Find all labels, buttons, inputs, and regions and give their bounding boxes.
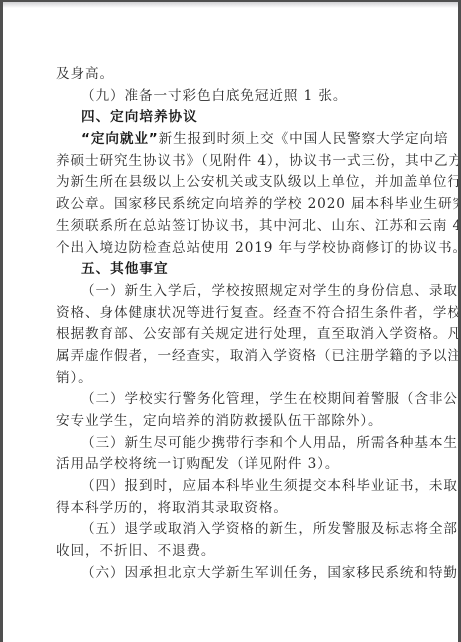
- bold-term: “定向就业”: [81, 131, 159, 147]
- item-1-start: （一）新生入学后，学校按照规定对学生的身份信息、录取: [56, 281, 400, 303]
- scan-shadow: [3, 2, 458, 8]
- document-body: 及身高。 （九）准备一寸彩色白底免冠近照 1 张。 四、定向培养协议 “定向就业…: [56, 64, 400, 585]
- text-line: 政公章。国家移民系统定向培养的学校 2020 届本科毕业生研究: [56, 194, 400, 216]
- text-line: 资格、身体健康状况等进行复查。经查不符合招生条件者，学校: [56, 303, 400, 325]
- text-line: 安专业学生，定向培养的消防救援队伍干部除外）。: [56, 411, 400, 433]
- paragraph-agreement-start: “定向就业”新生报到时须上交《中国人民警察大学定向培: [56, 129, 400, 151]
- text-line: 生须联系所在总站签订协议书，其中河北、山东、江苏和云南 4: [56, 216, 400, 238]
- text-span: 新生报到时须上交《中国人民警察大学定向培: [159, 131, 449, 147]
- item-photo-requirement: （九）准备一寸彩色白底免冠近照 1 张。: [56, 86, 400, 108]
- text-line: 根据教育部、公安部有关规定进行处理，直至取消入学资格。凡: [56, 324, 400, 346]
- text-line: 收回，不折旧、不退费。: [56, 541, 400, 563]
- text-line: 得本科学历的，将取消其录取资格。: [56, 498, 400, 520]
- item-3-start: （三）新生尽可能少携带行李和个人用品，所需各种基本生: [56, 433, 400, 455]
- item-5-start: （五）退学或取消入学资格的新生，所发警服及标志将全部: [56, 519, 400, 541]
- text-line: 活用品学校将统一订购配发（详见附件 3）。: [56, 454, 400, 476]
- text-line: 个出入境边防检查总站使用 2019 年与学校协商修订的协议书。: [56, 238, 400, 260]
- text-line: 养硕士研究生协议书》（见附件 4），协议书一式三份，其中乙方: [56, 151, 400, 173]
- document-page: 及身高。 （九）准备一寸彩色白底免冠近照 1 张。 四、定向培养协议 “定向就业…: [3, 2, 458, 642]
- text-line: 销）。: [56, 368, 400, 390]
- section-heading-other-matters: 五、其他事宜: [56, 259, 400, 281]
- text-line: 及身高。: [56, 64, 400, 86]
- text-line: 属弄虚作假者，一经查实，取消入学资格（已注册学籍的予以注: [56, 346, 400, 368]
- section-heading-agreement: 四、定向培养协议: [56, 107, 400, 129]
- item-4-start: （四）报到时，应届本科毕业生须提交本科毕业证书，未取: [56, 476, 400, 498]
- text-line: 为新生所在县级以上公安机关或支队级以上单位，并加盖单位行: [56, 172, 400, 194]
- item-6-start: （六）因承担北京大学新生军训任务，国家移民系统和特勤: [56, 563, 400, 585]
- item-2-start: （二）学校实行警务化管理，学生在校期间着警服（含非公: [56, 389, 400, 411]
